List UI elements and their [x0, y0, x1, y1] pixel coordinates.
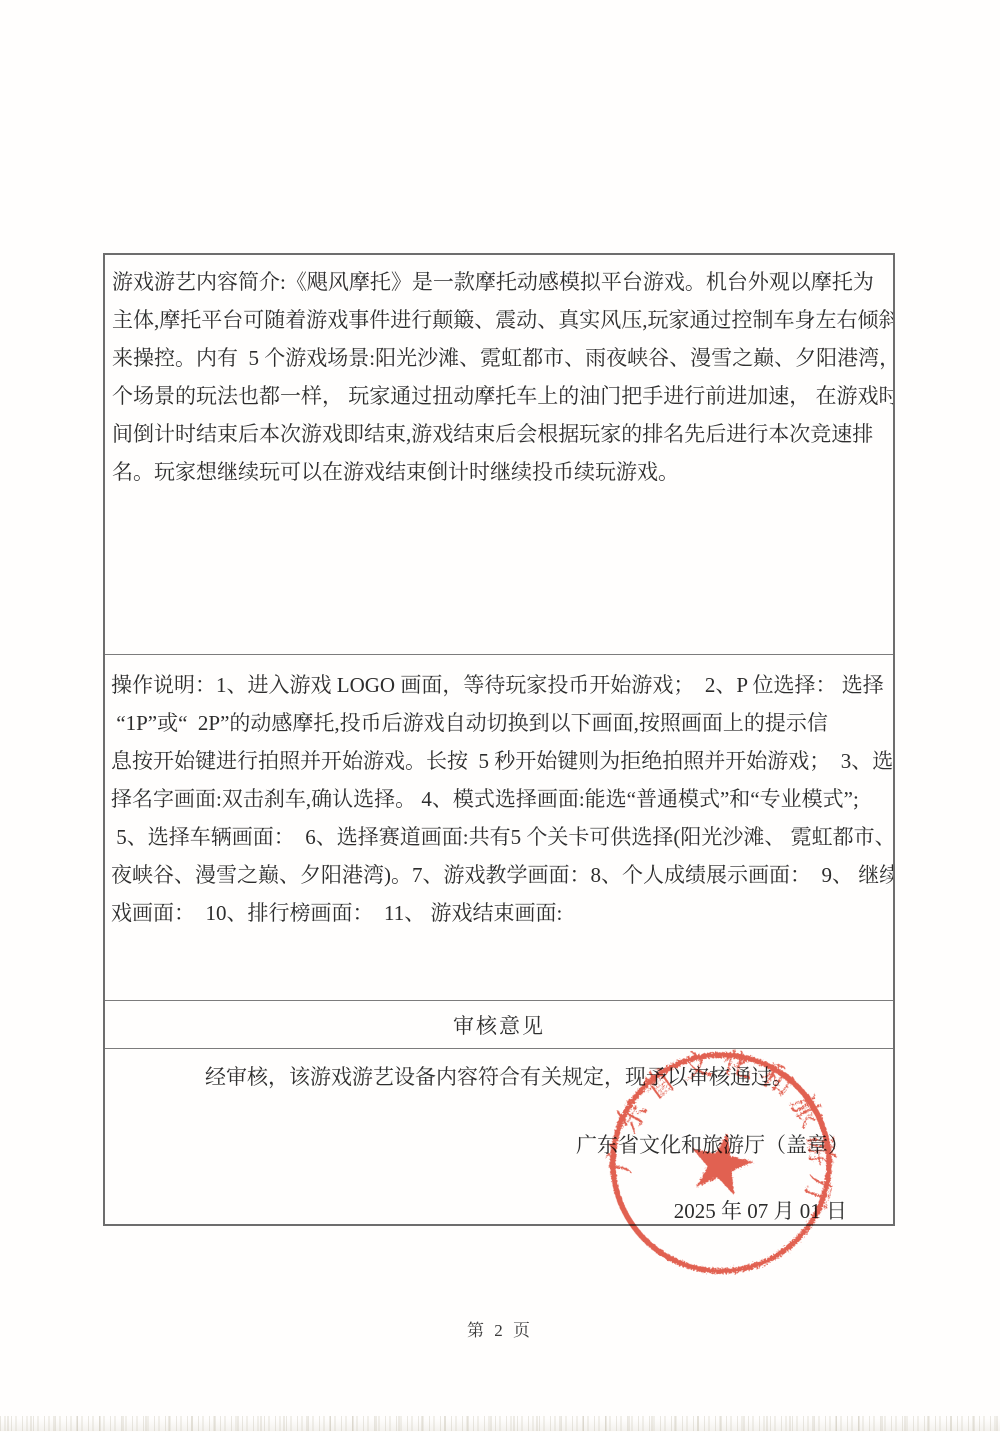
- operation-line: 择名字画面:双击刹车,确认选择。 4、模式选择画面:能选“普通模式”和“专业模式…: [111, 780, 886, 818]
- intro-line: 游戏游艺内容简介:《飓风摩托》是一款摩托动感模拟平台游戏。机台外观以摩托为: [112, 263, 886, 301]
- review-opinion-body-cell: 经审核，该游戏游艺设备内容符合有关规定，现予以审核通过。 广东省文化和旅游厅（盖…: [105, 1049, 893, 1224]
- operation-instructions-cell: 操作说明：1、进入游戏 LOGO 画面，等待玩家投币开始游戏； 2、P 位选择：…: [105, 655, 893, 1001]
- approval-date: 2025 年 07 月 01 日: [674, 1195, 847, 1224]
- scan-noise-band: [0, 1416, 1000, 1431]
- document-page: 游戏游艺内容简介:《飓风摩托》是一款摩托动感模拟平台游戏。机台外观以摩托为 主体…: [0, 0, 1000, 1432]
- intro-line: 主体,摩托平台可随着游戏事件进行颠簸、震动、真实风压,玩家通过控制车身左右倾斜: [112, 301, 886, 339]
- operation-line: 戏画面： 10、排行榜画面： 11、 游戏结束画面:: [111, 894, 886, 932]
- operation-line: 息按开始键进行拍照并开始游戏。长按 5 秒开始键则为拒绝拍照并开始游戏； 3、选: [111, 742, 886, 780]
- review-opinion-header-cell: 审核意见: [105, 1001, 893, 1049]
- operation-line: “1P”或“ 2P”的动感摩托,投币后游戏自动切换到以下画面,按照画面上的提示信: [111, 704, 886, 742]
- authority-signature: 广东省文化和旅游厅（盖章）: [576, 1129, 849, 1159]
- intro-line: 个场景的玩法也都一样， 玩家通过扭动摩托车上的油门把手进行前进加速， 在游戏时: [112, 377, 886, 415]
- approval-statement: 经审核，该游戏游艺设备内容符合有关规定，现予以审核通过。: [105, 1061, 893, 1091]
- game-intro-cell: 游戏游艺内容简介:《飓风摩托》是一款摩托动感模拟平台游戏。机台外观以摩托为 主体…: [105, 255, 893, 655]
- operation-line: 5、选择车辆画面： 6、选择赛道画面:共有5 个关卡可供选择(阳光沙滩、 霓虹都…: [111, 818, 886, 856]
- review-opinion-title: 审核意见: [453, 1010, 545, 1040]
- intro-line: 名。玩家想继续玩可以在游戏结束倒计时继续投币续玩游戏。: [112, 453, 886, 491]
- operation-line: 夜峡谷、漫雪之巅、夕阳港湾)。7、游戏教学画面：8、个人成绩展示画面： 9、 继…: [111, 856, 886, 894]
- review-form-table: 游戏游艺内容简介:《飓风摩托》是一款摩托动感模拟平台游戏。机台外观以摩托为 主体…: [103, 253, 895, 1226]
- page-number: 第 2 页: [0, 1316, 1000, 1341]
- intro-line: 来操控。内有 5 个游戏场景:阳光沙滩、霓虹都市、雨夜峡谷、漫雪之巅、夕阳港湾，…: [112, 339, 886, 377]
- operation-line: 操作说明：1、进入游戏 LOGO 画面，等待玩家投币开始游戏； 2、P 位选择：…: [111, 666, 886, 704]
- intro-line: 间倒计时结束后本次游戏即结束,游戏结束后会根据玩家的排名先后进行本次竞速排: [112, 415, 886, 453]
